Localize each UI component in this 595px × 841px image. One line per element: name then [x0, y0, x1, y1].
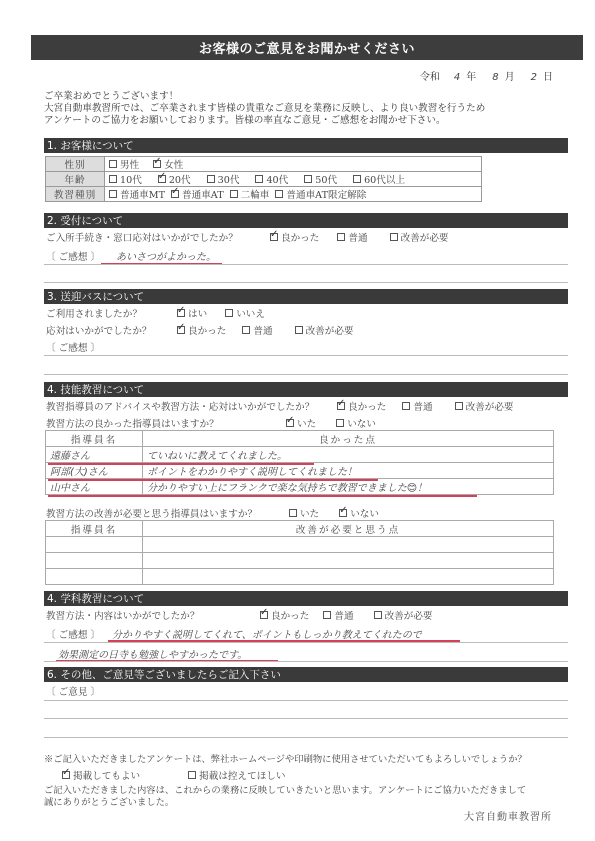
- bus-comment-label: 〔 ご感想 〕: [46, 340, 100, 354]
- checkbox-checked-icon: [270, 233, 278, 241]
- gender-male-checkbox[interactable]: 男性: [109, 157, 139, 171]
- classroom-normal-checkbox[interactable]: 普通: [323, 608, 353, 622]
- comment-line: [44, 282, 568, 283]
- classroom-comment-line-1[interactable]: 分かりやすく説明してくれて、ポイントもしっかり教えてくれたので: [112, 626, 422, 641]
- course-at-limit-removal-checkbox[interactable]: 普通車AT限定解除: [275, 187, 366, 201]
- reception-improve-checkbox[interactable]: 改善が必要: [390, 230, 449, 244]
- bus-service-good-checkbox[interactable]: 良かった: [177, 323, 226, 337]
- instructor-name-field[interactable]: [46, 537, 143, 553]
- checkbox-icon: [374, 611, 382, 619]
- classroom-comment-label: 〔 ご感想 〕: [46, 627, 112, 641]
- course-motorcycle-checkbox[interactable]: 二輪車: [230, 187, 270, 201]
- checkbox-icon: [188, 771, 196, 779]
- instructor-improve-checkbox[interactable]: 改善が必要: [455, 399, 514, 413]
- column-header-improve-points: 改善が必要と思う点: [143, 521, 554, 537]
- improve-instructor-no-checkbox[interactable]: いない: [339, 506, 379, 520]
- checkbox-checked-icon: [177, 326, 185, 334]
- closing-line-2: 誠にありがとうございました。: [44, 797, 526, 809]
- table-header-row: 指導員名 改善が必要と思う点: [46, 521, 554, 537]
- checkbox-icon: [337, 233, 345, 241]
- reception-comment-label: 〔 ご感想 〕: [46, 249, 116, 263]
- table-row: [46, 537, 554, 553]
- age-50s-checkbox[interactable]: 50代: [304, 172, 337, 186]
- section-3-header: 3. 送迎バスについて: [44, 289, 568, 304]
- intro-text: ご卒業おめでとうございます！ 大宮自動車教習所では、ご卒業されます皆様の貴重なご…: [44, 91, 485, 127]
- good-instructor-row: 教習方法の良かった指導員はいますか？ いた いない: [46, 416, 386, 430]
- date-day-unit: 日: [543, 68, 553, 83]
- section-2-header: 2. 受付について: [44, 213, 568, 228]
- highlight-underline: [48, 495, 477, 497]
- bus-service-row: 応対はいかがでしたか？ 良かった 普通 改善が必要: [46, 323, 364, 337]
- table-row: [46, 553, 554, 569]
- checkbox-icon: [109, 160, 117, 168]
- table-row: 遠藤さん ていねいに教えてくれました。: [46, 447, 554, 463]
- checkbox-icon: [230, 190, 238, 198]
- checkbox-icon: [304, 175, 312, 183]
- checkbox-icon: [402, 402, 410, 410]
- column-header-good-points: 良かった点: [143, 431, 554, 447]
- checkbox-icon: [275, 190, 283, 198]
- classroom-question: 教習方法・内容はいかがでしたか？: [46, 608, 260, 622]
- good-instructor-no-checkbox[interactable]: いない: [336, 416, 376, 430]
- checkbox-icon: [207, 175, 215, 183]
- section-4-header: 4. 技能教習について: [44, 382, 568, 397]
- date-month-unit: 月: [505, 68, 515, 83]
- checkbox-icon: [353, 175, 361, 183]
- consent-allow-checkbox[interactable]: 掲載してもよい: [62, 768, 140, 782]
- comment-line: [44, 355, 568, 356]
- gender-row: 性別 男性 女性: [46, 157, 482, 172]
- column-header-instructor: 指導員名: [46, 521, 143, 537]
- course-type-label: 教習種別: [46, 187, 105, 202]
- date-day[interactable]: 2: [531, 72, 537, 83]
- comment-line: [44, 642, 568, 643]
- good-point[interactable]: ていねいに教えてくれました。: [143, 447, 554, 463]
- improve-point-field[interactable]: [143, 537, 554, 553]
- course-at-checkbox[interactable]: 普通車AT: [171, 187, 224, 201]
- bus-usage-question: ご利用されましたか？: [46, 306, 177, 320]
- age-label: 年齢: [46, 172, 105, 187]
- intro-line-3: アンケートのご協力をお願いしております。皆様の率直なご意見・ご感想をお聞かせ下さ…: [44, 115, 485, 127]
- checkbox-icon: [390, 233, 398, 241]
- checkbox-icon: [455, 402, 463, 410]
- course-mt-checkbox[interactable]: 普通車MT: [109, 187, 165, 201]
- date-year-unit: 年: [466, 68, 476, 83]
- bus-service-normal-checkbox[interactable]: 普通: [242, 323, 272, 337]
- intro-line-2: 大宮自動車教習所では、ご卒業されます皆様の貴重なご意見を業務に反映し、より良い教…: [44, 103, 485, 115]
- consent-options-row: 掲載してもよい 掲載は控えてほしい: [62, 768, 296, 782]
- checkbox-icon: [242, 326, 250, 334]
- form-title: お客様のご意見をお聞かせください: [31, 35, 583, 60]
- classroom-comment-line-2[interactable]: 効果測定の日寺も勉強しやすかったです。: [58, 646, 247, 661]
- closing-line-1: ご記入いただきました内容は、これからの業務に反映していきたいと思います。アンケー…: [44, 785, 526, 797]
- comment-line: [44, 737, 568, 738]
- bus-service-improve-checkbox[interactable]: 改善が必要: [295, 323, 354, 337]
- highlight-underline: [48, 479, 378, 481]
- other-comment-label: 〔 ご意見 〕: [46, 684, 100, 698]
- instructor-name-field[interactable]: [46, 553, 143, 569]
- instructor-normal-checkbox[interactable]: 普通: [402, 399, 432, 413]
- section-1-header: 1. お客様について: [44, 138, 568, 153]
- bus-comment-row: 〔 ご感想 〕: [46, 340, 100, 354]
- instructor-name[interactable]: 遠藤さん: [46, 447, 143, 463]
- gender-female-checkbox[interactable]: 女性: [153, 157, 183, 171]
- checkbox-checked-icon: [153, 160, 161, 168]
- checkbox-checked-icon: [171, 190, 179, 198]
- checkbox-checked-icon: [339, 509, 347, 517]
- consent-question: ※ご記入いただきましたアンケートは、弊社ホームページや印刷物に使用させていただい…: [44, 754, 527, 766]
- date-month[interactable]: 8: [492, 72, 498, 83]
- checkbox-checked-icon: [158, 175, 166, 183]
- classroom-question-row: 教習方法・内容はいかがでしたか？ 良かった 普通 改善が必要: [46, 608, 443, 622]
- checkbox-checked-icon: [177, 309, 185, 317]
- date-row: 令和 4 年 8 月 2 日: [420, 68, 553, 83]
- checkbox-icon: [109, 175, 117, 183]
- reception-question: ご入所手続き・窓口応対はいかがでしたか？: [46, 230, 270, 244]
- instructor-rating-row: 教習指導員のアドバイスや教習方法・応対はいかがでしたか？ 良かった 普通 改善が…: [46, 399, 524, 413]
- reception-comment[interactable]: あいさつがよかった。: [116, 248, 216, 263]
- school-name: 大宮自動車教習所: [464, 808, 552, 823]
- section-6-header: 6. その他、ご意見等ございましたらご記入下さい: [44, 667, 568, 682]
- reception-good-checkbox[interactable]: 良かった: [270, 230, 319, 244]
- reception-normal-checkbox[interactable]: 普通: [337, 230, 367, 244]
- age-40s-checkbox[interactable]: 40代: [255, 172, 288, 186]
- classroom-good-checkbox[interactable]: 良かった: [260, 608, 309, 622]
- bus-used-yes-checkbox[interactable]: はい: [177, 306, 207, 320]
- improve-instructor-yes-checkbox[interactable]: いた: [289, 506, 319, 520]
- comment-line: [44, 264, 568, 265]
- gender-label: 性別: [46, 157, 105, 172]
- checkbox-icon: [225, 309, 233, 317]
- classroom-comment-row: 〔 ご感想 〕 分かりやすく説明してくれて、ポイントもしっかり教えてくれたので: [46, 626, 422, 641]
- consent-decline-checkbox[interactable]: 掲載は控えてほしい: [188, 768, 285, 782]
- checkbox-checked-icon: [62, 771, 70, 779]
- checkbox-icon: [109, 190, 117, 198]
- age-row: 年齢 10代 20代 30代 40代 50代 60代以上: [46, 172, 482, 187]
- other-comment-row: 〔 ご意見 〕: [46, 684, 100, 698]
- date-era: 令和: [420, 68, 440, 83]
- good-instructor-yes-checkbox[interactable]: いた: [286, 416, 316, 430]
- highlight-underline: [48, 463, 314, 465]
- section-5-header: 4. 学科教習について: [44, 591, 568, 606]
- improve-instructor-question: 教習方法の改善が必要と思う指導員はいますか？: [46, 506, 289, 520]
- checkbox-icon: [255, 175, 263, 183]
- table-header-row: 指導員名 良かった点: [46, 431, 554, 447]
- reception-comment-row: 〔 ご感想 〕 あいさつがよかった。: [46, 248, 216, 263]
- improve-point-field[interactable]: [143, 553, 554, 569]
- checkbox-checked-icon: [286, 419, 294, 427]
- age-60s-plus-checkbox[interactable]: 60代以上: [353, 172, 405, 186]
- instructor-rating-question: 教習指導員のアドバイスや教習方法・応対はいかがでしたか？: [46, 399, 337, 413]
- column-header-instructor: 指導員名: [46, 431, 143, 447]
- classroom-comment-row-2: 効果測定の日寺も勉強しやすかったです。: [58, 646, 247, 661]
- checkbox-icon: [323, 611, 331, 619]
- improve-instructor-row: 教習方法の改善が必要と思う指導員はいますか？ いた いない: [46, 506, 389, 520]
- checkbox-icon: [295, 326, 303, 334]
- comment-line: [44, 661, 568, 662]
- comment-line: [44, 374, 568, 375]
- classroom-improve-checkbox[interactable]: 改善が必要: [374, 608, 433, 622]
- table-row: [46, 569, 554, 585]
- instructor-name-field[interactable]: [46, 569, 143, 585]
- improve-point-field[interactable]: [143, 569, 554, 585]
- bus-usage-row: ご利用されましたか？ はい いいえ: [46, 306, 275, 320]
- checkbox-icon: [289, 509, 297, 517]
- customer-info-table: 性別 男性 女性 年齢 10代 20代 30代 40代 50代 60代以上 教習…: [45, 156, 482, 202]
- reception-question-row: ご入所手続き・窓口応対はいかがでしたか？ 良かった 普通 改善が必要: [46, 230, 459, 244]
- age-30s-checkbox[interactable]: 30代: [207, 172, 240, 186]
- bus-used-no-checkbox[interactable]: いいえ: [225, 306, 265, 320]
- checkbox-checked-icon: [337, 402, 345, 410]
- comment-line: [44, 718, 568, 719]
- course-type-row: 教習種別 普通車MT 普通車AT 二輪車 普通車AT限定解除: [46, 187, 482, 202]
- instructor-good-checkbox[interactable]: 良かった: [337, 399, 386, 413]
- age-20s-checkbox[interactable]: 20代: [158, 172, 191, 186]
- good-instructor-question: 教習方法の良かった指導員はいますか？: [46, 416, 286, 430]
- age-10s-checkbox[interactable]: 10代: [109, 172, 142, 186]
- intro-line-1: ご卒業おめでとうございます！: [44, 91, 485, 103]
- comment-line: [44, 700, 568, 701]
- improve-instructor-table: 指導員名 改善が必要と思う点: [45, 520, 554, 585]
- checkbox-checked-icon: [260, 611, 268, 619]
- checkbox-icon: [336, 419, 344, 427]
- closing-text: ご記入いただきました内容は、これからの業務に反映していきたいと思います。アンケー…: [44, 785, 526, 809]
- date-year[interactable]: 4: [454, 72, 460, 83]
- bus-service-question: 応対はいかがでしたか？: [46, 323, 177, 337]
